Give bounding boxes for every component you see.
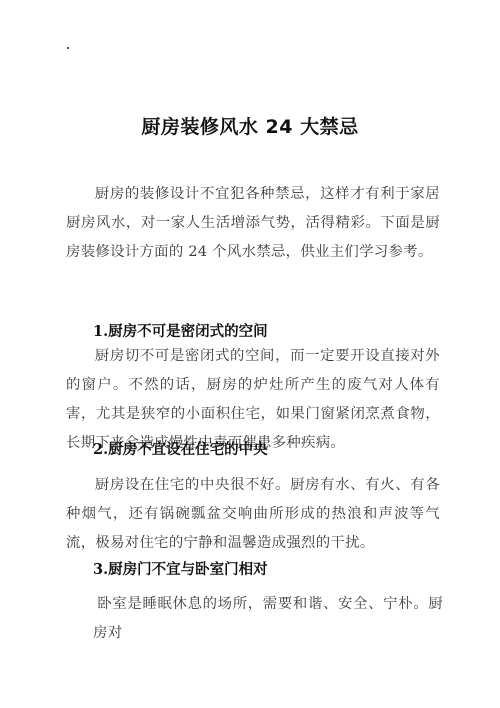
section-1-heading: 1.厨房不可是密闭式的空间 bbox=[93, 320, 268, 341]
document-page: 厨房装修风水 24 大禁忌 厨房的装修设计不宜犯各种禁忌，这样才有利于家居厨房风… bbox=[0, 0, 500, 708]
intro-paragraph: 厨房的装修设计不宜犯各种禁忌，这样才有利于家居厨房风水，对一家人生活增添气势，活… bbox=[66, 180, 440, 267]
section-2-heading: 2.厨房不宜设在住宅的中央 bbox=[93, 438, 268, 459]
section-2-body: 厨房设在住宅的中央很不好。厨房有水、有火、有各种烟气，还有锅碗瓢盆交响曲所形成的… bbox=[66, 471, 440, 558]
section-3-heading: 3.厨房门不宜与卧室门相对 bbox=[93, 558, 268, 579]
section-3-body: 卧室是睡眠休息的场所，需要和谐、安全、宁朴。厨房对 bbox=[93, 590, 443, 648]
stray-mark bbox=[67, 47, 69, 49]
document-title: 厨房装修风水 24 大禁忌 bbox=[0, 112, 500, 139]
